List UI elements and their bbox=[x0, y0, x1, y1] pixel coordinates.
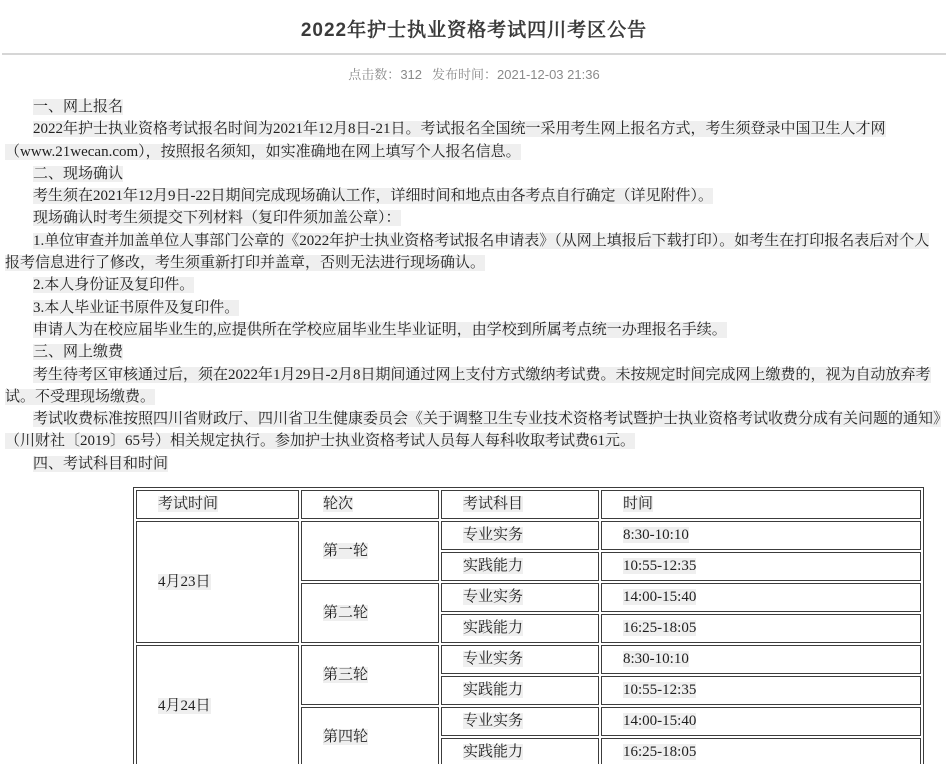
header-cell-round: 轮次 bbox=[301, 490, 439, 519]
subject-cell: 专业实务 bbox=[441, 583, 599, 612]
round-cell: 第一轮 bbox=[301, 521, 439, 581]
round-cell: 第三轮 bbox=[301, 645, 439, 705]
paragraph: 3.本人毕业证书原件及复印件。 bbox=[5, 297, 942, 319]
publish-label: 发布时间： bbox=[432, 67, 497, 82]
announcement-page: 2022年护士执业资格考试四川考区公告 点击数：312发布时间：2021-12-… bbox=[0, 0, 948, 764]
article-meta: 点击数：312发布时间：2021-12-03 21:36 bbox=[0, 55, 948, 83]
hits-count: 312 bbox=[400, 67, 422, 82]
paragraph: 2.本人身份证及复印件。 bbox=[5, 274, 942, 296]
header-cell-exam-date: 考试时间 bbox=[136, 490, 299, 519]
time-cell: 8:30-10:10 bbox=[601, 645, 921, 674]
section-heading: 一、网上报名 bbox=[5, 96, 942, 118]
time-cell: 16:25-18:05 bbox=[601, 614, 921, 643]
time-cell: 16:25-18:05 bbox=[601, 738, 921, 764]
time-cell: 10:55-12:35 bbox=[601, 552, 921, 581]
paragraph: 1.单位审查并加盖单位人事部门公章的《2022年护士执业资格考试报名申请表》（从… bbox=[5, 230, 942, 275]
paragraph: 2022年护士执业资格考试报名时间为2021年12月8日-21日。考试报名全国统… bbox=[5, 118, 942, 163]
table-row: 4月24日 第三轮 专业实务 8:30-10:10 bbox=[136, 645, 921, 674]
section-heading: 四、考试科目和时间 bbox=[5, 453, 942, 475]
paragraph: 考试收费标准按照四川省财政厅、四川省卫生健康委员会《关于调整卫生专业技术资格考试… bbox=[5, 408, 942, 453]
subject-cell: 实践能力 bbox=[441, 738, 599, 764]
section-heading: 三、网上缴费 bbox=[5, 341, 942, 363]
round-cell: 第二轮 bbox=[301, 583, 439, 643]
publish-time: 2021-12-03 21:36 bbox=[497, 67, 600, 82]
paragraph: 现场确认时考生须提交下列材料（复印件须加盖公章）： bbox=[5, 207, 942, 229]
date-cell: 4月23日 bbox=[136, 521, 299, 643]
subject-cell: 实践能力 bbox=[441, 552, 599, 581]
header-cell-time: 时间 bbox=[601, 490, 921, 519]
paragraph: 考生待考区审核通过后，须在2022年1月29日-2月8日期间通过网上支付方式缴纳… bbox=[5, 364, 942, 409]
time-cell: 14:00-15:40 bbox=[601, 583, 921, 612]
time-cell: 8:30-10:10 bbox=[601, 521, 921, 550]
date-cell: 4月24日 bbox=[136, 645, 299, 764]
section-heading: 二、现场确认 bbox=[5, 163, 942, 185]
subject-cell: 专业实务 bbox=[441, 645, 599, 674]
subject-cell: 专业实务 bbox=[441, 707, 599, 736]
table-row: 4月23日 第一轮 专业实务 8:30-10:10 bbox=[136, 521, 921, 550]
exam-schedule-table: 考试时间 轮次 考试科目 时间 4月23日 第一轮 专业实务 8:30-10:1… bbox=[133, 487, 924, 764]
subject-cell: 实践能力 bbox=[441, 676, 599, 705]
article-body: 一、网上报名 2022年护士执业资格考试报名时间为2021年12月8日-21日。… bbox=[0, 83, 948, 764]
table-header-row: 考试时间 轮次 考试科目 时间 bbox=[136, 490, 921, 519]
time-cell: 10:55-12:35 bbox=[601, 676, 921, 705]
round-cell: 第四轮 bbox=[301, 707, 439, 764]
paragraph: 申请人为在校应届毕业生的,应提供所在学校应届毕业生毕业证明，由学校到所属考点统一… bbox=[5, 319, 942, 341]
hits-label: 点击数： bbox=[348, 67, 400, 82]
subject-cell: 专业实务 bbox=[441, 521, 599, 550]
page-title: 2022年护士执业资格考试四川考区公告 bbox=[0, 0, 948, 42]
subject-cell: 实践能力 bbox=[441, 614, 599, 643]
time-cell: 14:00-15:40 bbox=[601, 707, 921, 736]
header-cell-subject: 考试科目 bbox=[441, 490, 599, 519]
paragraph: 考生须在2021年12月9日-22日期间完成现场确认工作，详细时间和地点由各考点… bbox=[5, 185, 942, 207]
